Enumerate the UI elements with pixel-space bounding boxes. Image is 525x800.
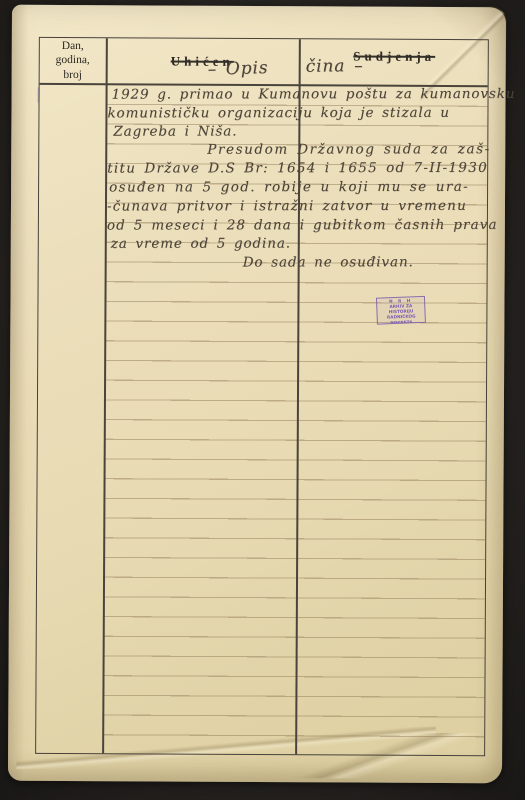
handwritten-line-6: osuđen na 5 god. robije u koji mu se ura… xyxy=(109,179,469,196)
document-paper: Dan, godina, broj Uhićen Sudjenja – Opis… xyxy=(8,5,506,784)
handwritten-header-cina: čina – xyxy=(306,56,364,77)
header-col1-line2: godina, xyxy=(56,53,90,67)
archive-stamp: N R H ARHIV ZA HISTORIJU RADNIČKOG POKRE… xyxy=(376,296,426,325)
handwritten-line-3: Zagreba i Niša. xyxy=(113,123,237,139)
handwritten-header-opis: – Opis xyxy=(207,58,268,80)
header-col1-line1: Dan, xyxy=(56,39,90,53)
handwritten-line-9: za vreme od 5 godina. xyxy=(111,236,291,252)
scanned-document-page: Dan, godina, broj Uhićen Sudjenja – Opis… xyxy=(0,0,525,800)
paper-edge-shading xyxy=(8,5,28,781)
archive-stamp-text: N R H ARHIV ZA HISTORIJU RADNIČKOG POKRE… xyxy=(377,297,425,325)
handwritten-line-5: titu Države D.S Br: 1654 i 1655 od 7-II-… xyxy=(107,160,488,177)
handwritten-line-4: Presudom Državnog suda za zaš- xyxy=(207,141,491,157)
handwritten-line-7: -čunava pritvor i istražni zatvor u vrem… xyxy=(107,198,467,215)
struck-label-sudjenja: Sudjenja xyxy=(353,48,435,64)
handwritten-line-2: komunističku organizaciju koja je stizal… xyxy=(107,105,449,122)
header-col1-line3: broj xyxy=(56,67,90,81)
handwritten-line-10: Do sada ne osuđivan. xyxy=(243,254,414,270)
handwritten-entry: 1929 g. primao u Kumanovu poštu za kuman… xyxy=(104,83,489,325)
record-table: Dan, godina, broj Uhićen Sudjenja – Opis… xyxy=(35,37,489,756)
header-day-year-number: Dan, godina, broj xyxy=(40,38,106,83)
handwritten-line-1: 1929 g. primao u Kumanovu poštu za kuman… xyxy=(112,86,516,103)
stamp-line-3: RADNIČKOG POKRETA xyxy=(378,313,426,324)
header-arrested-struck: Uhićen xyxy=(106,38,299,84)
handwritten-line-8: od 5 meseci i 28 dana i gubitkom časnih … xyxy=(107,217,498,234)
